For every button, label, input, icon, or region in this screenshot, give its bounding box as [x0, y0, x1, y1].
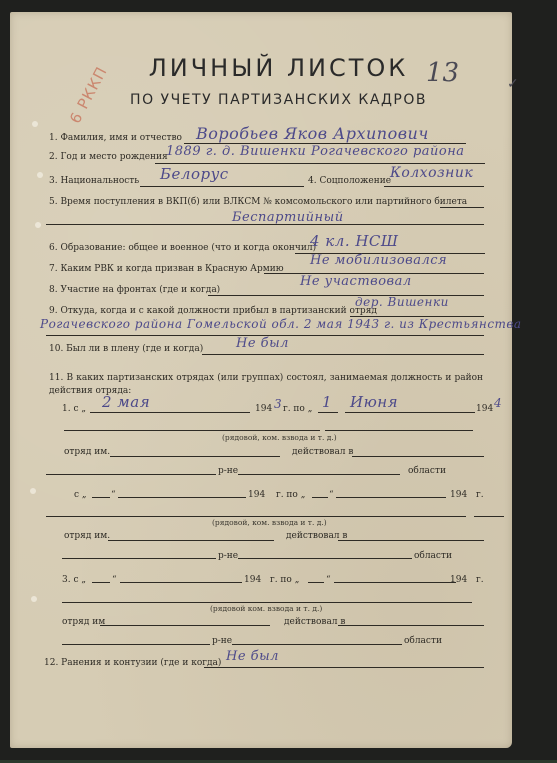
- field-label-nationality: 3. Национальность: [49, 176, 139, 186]
- field-line: [204, 667, 484, 668]
- det2-oblast-label: области: [414, 551, 452, 561]
- field-label-birth: 2. Год и место рождения: [49, 152, 168, 162]
- field-value-education: 4 кл. НСШ: [310, 232, 399, 250]
- field-line: [108, 540, 274, 541]
- field-line: [238, 474, 400, 475]
- det3-from-year-prefix: 194: [244, 575, 261, 585]
- field-line: [384, 186, 484, 187]
- field-line: [318, 412, 338, 413]
- field-line: [312, 497, 328, 498]
- punch-hole: [37, 172, 43, 178]
- field-label-social: 4. Соцположение: [308, 176, 391, 186]
- field-line: [440, 207, 484, 208]
- field-line: [46, 516, 466, 517]
- field-label-captivity: 10. Был ли в плену (где и когда): [49, 344, 203, 354]
- field-line: [140, 186, 304, 187]
- punch-hole: [35, 222, 41, 228]
- det1-num: 1. с „: [62, 404, 86, 414]
- field-line: [118, 497, 246, 498]
- det3-quote: “: [112, 575, 117, 585]
- field-value-army: Не мобилизовался: [310, 253, 447, 268]
- det2-rayon-label: р-не: [218, 551, 238, 561]
- field-line: [62, 644, 210, 645]
- det2-quote-2: “: [329, 490, 334, 500]
- det1-to-label: г. по „: [283, 404, 312, 414]
- field-line: [62, 602, 472, 603]
- det2-to-year-prefix: 194: [450, 490, 467, 500]
- field-line: [474, 516, 504, 517]
- field-value-nationality: Белорус: [160, 165, 229, 183]
- det2-from-year-prefix: 194: [248, 490, 265, 500]
- field-line: [308, 582, 324, 583]
- document-subtitle: ПО УЧЕТУ ПАРТИЗАНСКИХ КАДРОВ: [0, 92, 557, 108]
- det1-to-year-hw: 4: [494, 396, 502, 410]
- field-line: [334, 582, 456, 583]
- punch-hole: [32, 121, 38, 127]
- det3-to-label: г. по „: [270, 575, 299, 585]
- punch-hole: [30, 488, 36, 494]
- det1-oblast-label: области: [408, 466, 446, 476]
- det3-position-caption: (рядовой ком. взвода и т. д.): [210, 604, 322, 613]
- field-line: [110, 456, 280, 457]
- det1-to-month: Июня: [350, 393, 398, 411]
- field-label-fronts: 8. Участие на фронтах (где и когда): [49, 285, 220, 295]
- field-line: [64, 430, 320, 431]
- check-mark-icon: ✓: [507, 76, 519, 92]
- field-value-arrival: дер. Вишенки: [355, 295, 449, 309]
- det1-to-day: 1: [322, 393, 332, 411]
- field-label-arrival: 9. Откуда, когда и с какой должности при…: [49, 306, 377, 316]
- field-line: [238, 558, 412, 559]
- det1-rayon-label: р-не: [218, 466, 238, 476]
- det2-year-suffix: г.: [476, 490, 484, 500]
- det3-to-year-prefix: 194: [450, 575, 467, 585]
- field-line: [90, 412, 250, 413]
- field-line: [92, 497, 110, 498]
- field-line: [100, 625, 270, 626]
- field-line: [46, 474, 216, 475]
- field-value-wounds: Не был: [226, 649, 279, 664]
- det1-acted-label: действовал в: [292, 447, 353, 457]
- field-value-party: Беспартийный: [232, 210, 344, 225]
- field-line: [345, 412, 475, 413]
- field-value-arrival-cont: Рогачевского района Гомельской обл. 2 ма…: [40, 317, 522, 331]
- document-title: ЛИЧНЫЙ ЛИСТОК: [0, 54, 557, 82]
- det3-otryad-label: отряд им: [62, 617, 105, 627]
- det3-num: 3. с „: [62, 575, 86, 585]
- field-line: [232, 644, 402, 645]
- field-value-birth: 1889 г. д. Вишенки Рогачевского района: [166, 144, 465, 159]
- det3-year-suffix: г.: [476, 575, 484, 585]
- det2-to-label: г. по „: [276, 490, 305, 500]
- field-line: [352, 456, 484, 457]
- det3-acted-label: действовал в: [284, 617, 345, 627]
- det3-quote-2: “: [326, 575, 331, 585]
- field-line: [155, 163, 485, 164]
- field-label-army: 7. Каким РВК и когда призван в Красную А…: [49, 264, 284, 274]
- det1-position-caption: (рядовой, ком. взвода и т. д.): [222, 433, 337, 442]
- field-value-social: Колхозник: [390, 165, 473, 181]
- det2-position-caption: (рядовой, ком. взвода и т. д.): [212, 518, 327, 527]
- det1-from-year-hw: 3: [274, 397, 282, 411]
- det3-rayon-label: р-не: [212, 636, 232, 646]
- field-label-party: 5. Время поступления в ВКП(б) или ВЛКСМ …: [49, 197, 467, 207]
- det2-quote: “: [111, 490, 116, 500]
- field-line: [336, 497, 446, 498]
- field-value-fronts: Не участвовал: [300, 274, 412, 289]
- corner-number: 13: [426, 58, 459, 88]
- field-value-name: Воробьев Яков Архипович: [196, 124, 429, 143]
- field-label-name: 1. Фамилия, имя и отчество: [49, 133, 182, 143]
- det2-otryad-label: отряд им.: [64, 531, 110, 541]
- punch-hole: [31, 596, 37, 602]
- det2-num: с „: [74, 490, 87, 500]
- det1-to-year-prefix: 194: [476, 404, 493, 414]
- det1-from-day: 2 мая: [102, 393, 150, 411]
- field-line: [62, 558, 216, 559]
- field-line: [92, 582, 110, 583]
- field-line: [338, 625, 484, 626]
- det1-from-year-prefix: 194: [255, 404, 272, 414]
- field-line: [338, 540, 484, 541]
- field-line: [120, 582, 242, 583]
- field-line: [325, 430, 473, 431]
- field-label-education: 6. Образование: общее и военное (что и к…: [49, 243, 316, 253]
- field-line: [202, 354, 484, 355]
- field-label-wounds: 12. Ранения и контузии (где и когда): [44, 658, 221, 668]
- det1-otryad-label: отряд им.: [64, 447, 110, 457]
- det3-oblast-label: области: [404, 636, 442, 646]
- field-value-captivity: Не был: [236, 336, 289, 351]
